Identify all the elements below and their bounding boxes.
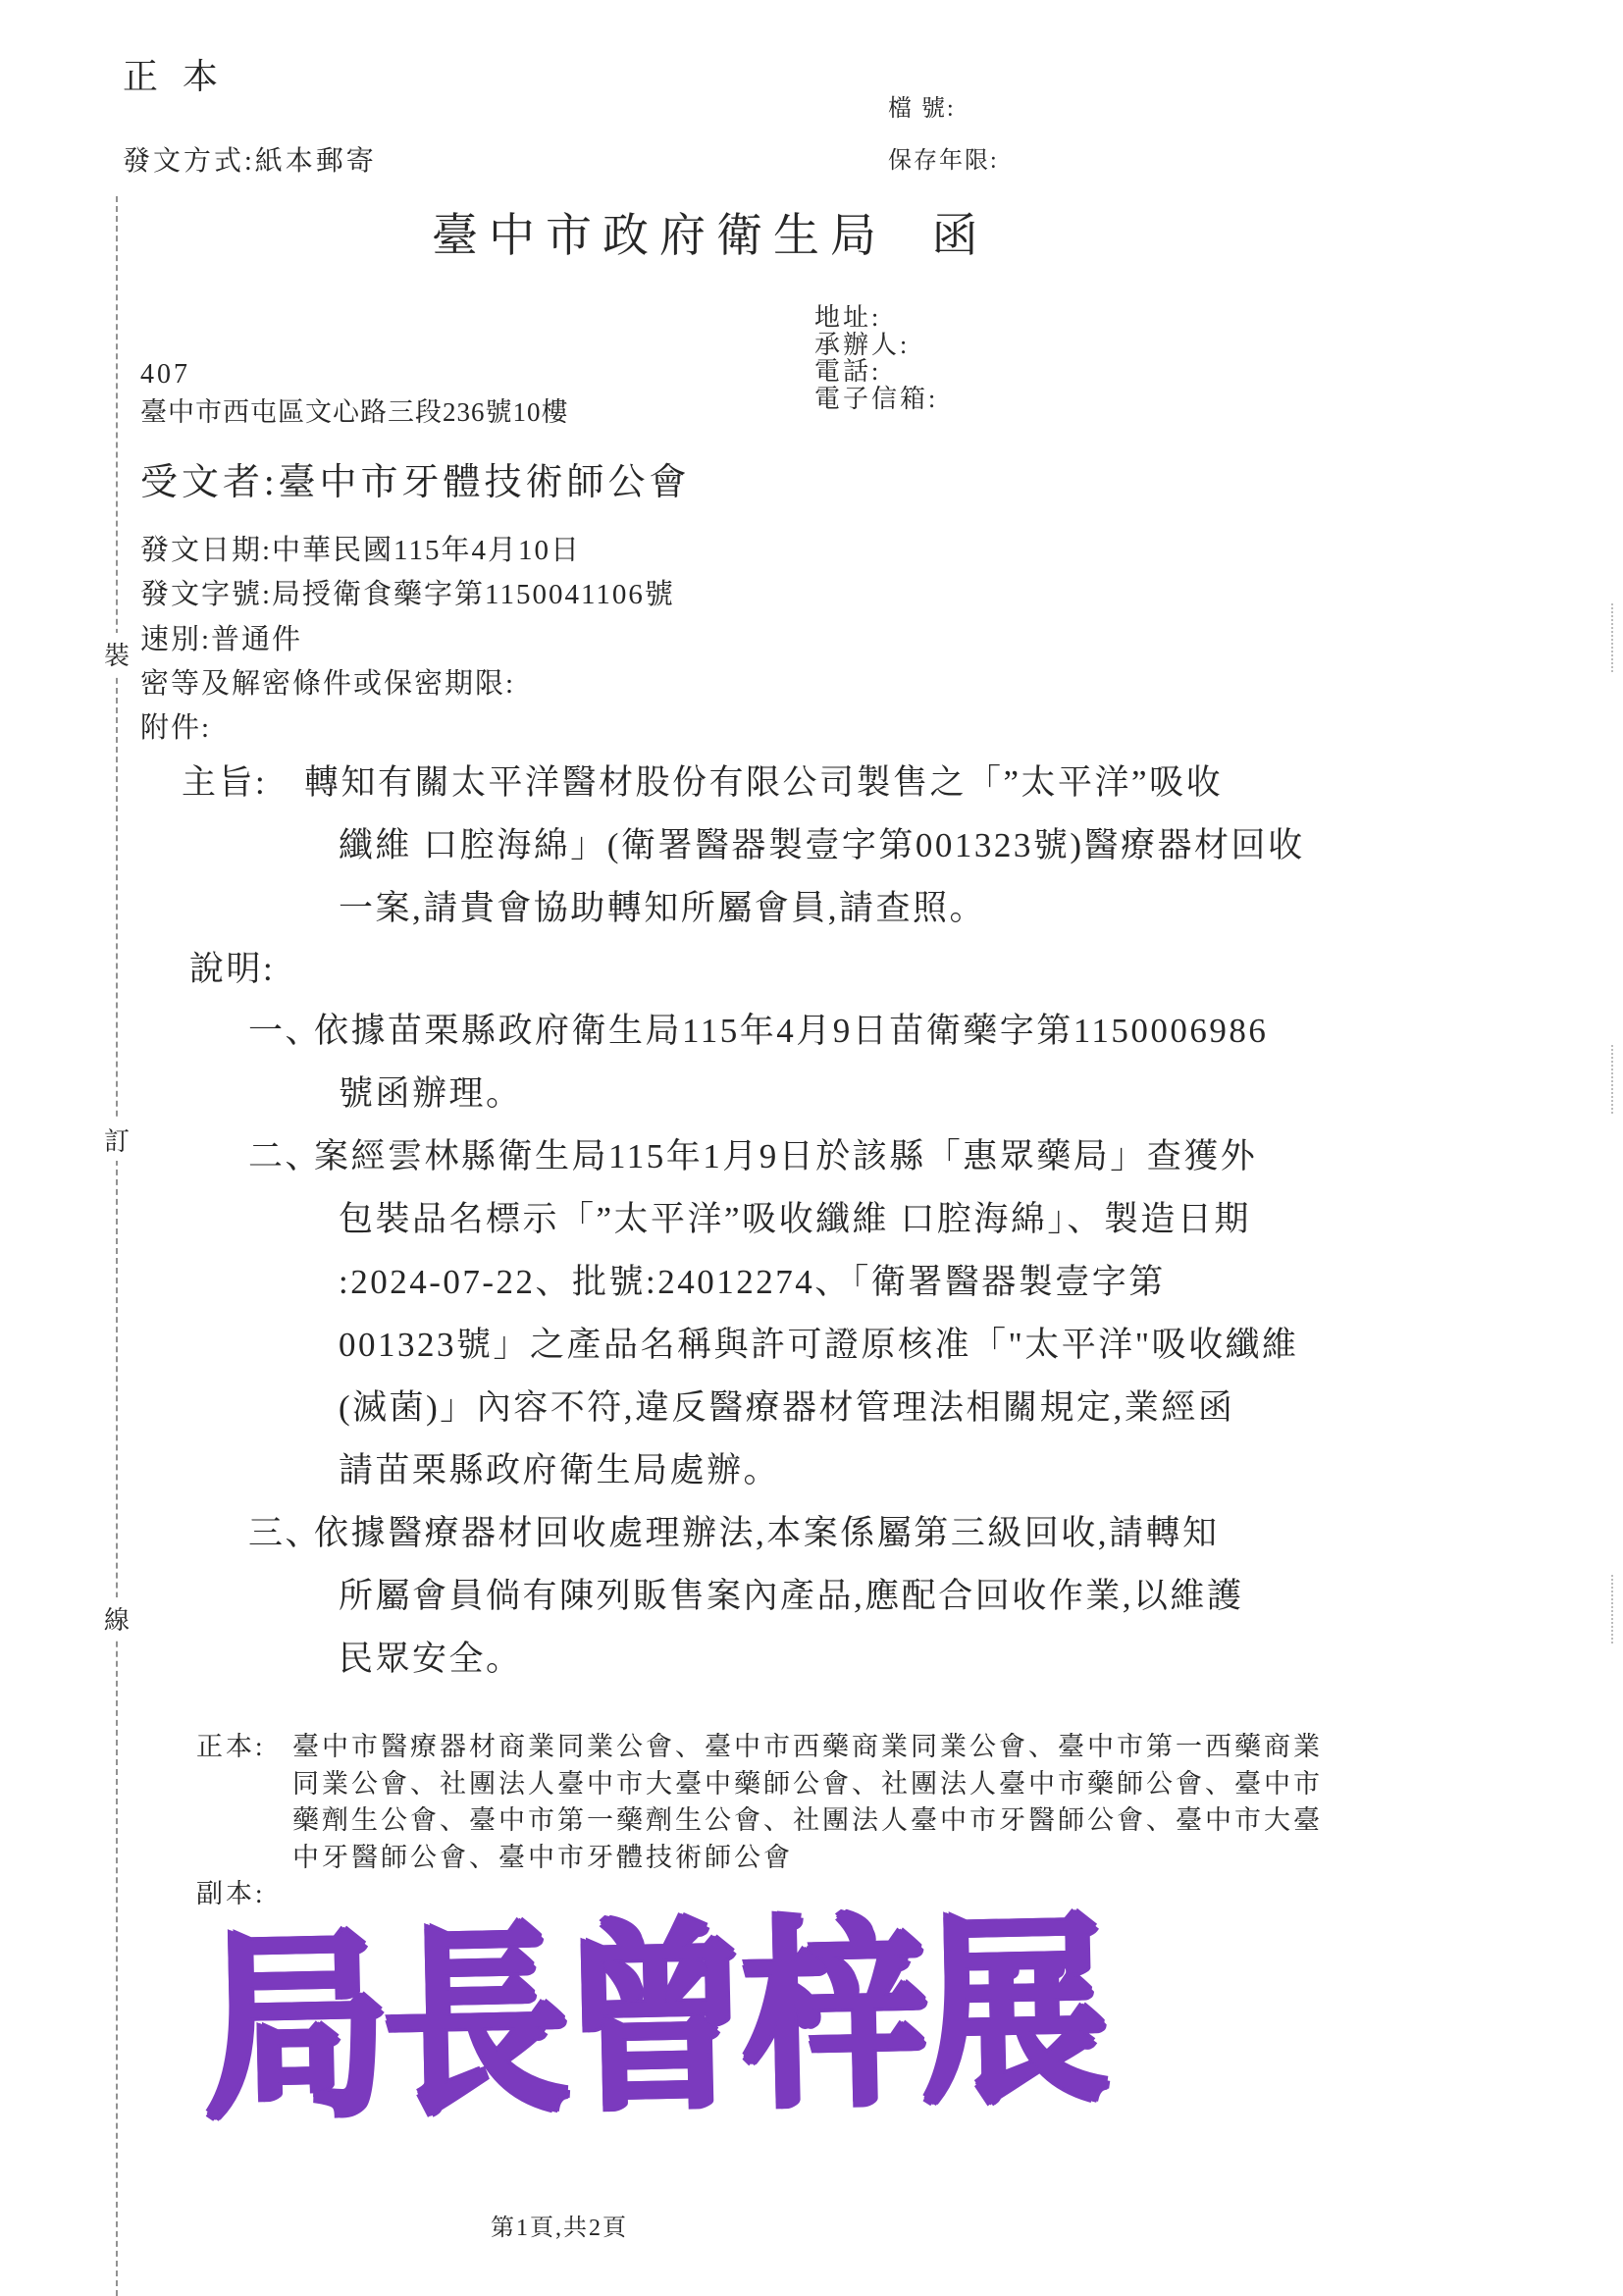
doc-number-line: 發文字號:局授衛食藥字第1150041106號: [140, 572, 675, 612]
recipients-label: 正本:: [196, 1725, 266, 1763]
doc-date-line: 發文日期:中華民國115年4月10日: [140, 528, 581, 568]
item-1-line-2: 號函辦理。: [339, 1067, 523, 1116]
item-2-line-3: :2024-07-22、批號:24012274、「衛署醫器製壹字第: [339, 1255, 1166, 1304]
delivery-method: 發文方式:紙本郵寄: [123, 139, 377, 179]
subject-line-3: 一案,請貴會協助轉知所屬會員,請查照。: [339, 881, 986, 930]
right-edge-mark: [1611, 1045, 1613, 1114]
speed-line: 速別:普通件: [140, 617, 302, 657]
item-2-line-1: 案經雲林縣衛生局115年1月9日於該縣「惠眾藥局」查獲外: [314, 1129, 1257, 1178]
file-number-label: 檔 號:: [888, 88, 956, 123]
retention-label: 保存年限:: [888, 140, 999, 175]
item-2-number: 二、: [248, 1129, 322, 1178]
item-2-line-6: 請苗栗縣政府衛生局處辦。: [339, 1443, 780, 1492]
item-3-number: 三、: [248, 1506, 322, 1555]
attachment-line: 附件:: [140, 705, 211, 746]
official-letter-page: 裝 訂 線 正 本 檔 號: 保存年限: 發文方式:紙本郵寄 臺中市政府衛生局 …: [0, 0, 1623, 2296]
explanation-label: 說明:: [189, 942, 275, 991]
document-title: 臺中市政府衛生局 函: [432, 199, 989, 265]
recipients-line-1: 臺中市醫療器材商業同業公會、臺中市西藥商業同業公會、臺中市第一西藥商業: [292, 1725, 1323, 1763]
recipient-line: 受文者:臺中市牙體技術師公會: [140, 451, 691, 505]
recipients-line-4: 中牙醫師公會、臺中市牙體技術師公會: [292, 1836, 793, 1874]
subject-label: 主旨:: [182, 756, 267, 805]
binding-char-zhuang: 裝: [100, 633, 133, 675]
binding-dashed-line: [116, 196, 118, 2296]
item-2-line-4: 001323號」之產品名稱與許可證原核准「"太平洋"吸收纖維: [339, 1318, 1299, 1367]
subject-line-1: 轉知有關太平洋醫材股份有限公司製售之「”太平洋”吸收: [304, 756, 1223, 805]
cc-label: 副本:: [196, 1872, 266, 1910]
subject-line-2: 纖維 口腔海綿」(衛署醫器製壹字第001323號)醫療器材回收: [339, 818, 1305, 867]
binding-char-xian: 線: [100, 1597, 133, 1640]
copy-type-label: 正 本: [123, 49, 226, 99]
right-edge-mark: [1611, 1575, 1613, 1644]
recipients-line-2: 同業公會、社團法人臺中市大臺中藥師公會、社團法人臺中市藥師公會、臺中市: [292, 1762, 1323, 1800]
org-address: 臺中市西屯區文心路三段236號10樓: [140, 391, 569, 429]
item-1-number: 一、: [248, 1004, 322, 1053]
item-3-line-1: 依據醫療器材回收處理辦法,本案係屬第三級回收,請轉知: [314, 1506, 1220, 1555]
security-line: 密等及解密條件或保密期限:: [140, 661, 515, 702]
right-edge-mark: [1611, 603, 1613, 672]
page-footer: 第1頁,共2頁: [491, 2208, 628, 2242]
item-3-line-3: 民眾安全。: [339, 1632, 523, 1681]
item-2-line-5: (滅菌)」內容不符,違反醫療器材管理法相關規定,業經函: [339, 1381, 1234, 1430]
postal-code: 407: [140, 359, 190, 391]
binding-char-ding: 訂: [100, 1119, 133, 1161]
recipients-line-3: 藥劑生公會、臺中市第一藥劑生公會、社團法人臺中市牙醫師公會、臺中市大臺: [292, 1799, 1323, 1837]
item-3-line-2: 所屬會員倘有陳列販售案內產品,應配合回收作業,以維護: [339, 1569, 1244, 1618]
item-1-line-1: 依據苗栗縣政府衛生局115年4月9日苗衛藥字第1150006986: [314, 1004, 1268, 1053]
director-signature-stamp: 局長曾梓展: [201, 1905, 1104, 2141]
email-label: 電子信箱:: [814, 379, 938, 415]
item-2-line-2: 包裝品名標示「”太平洋”吸收纖維 口腔海綿」、製造日期: [339, 1192, 1251, 1241]
